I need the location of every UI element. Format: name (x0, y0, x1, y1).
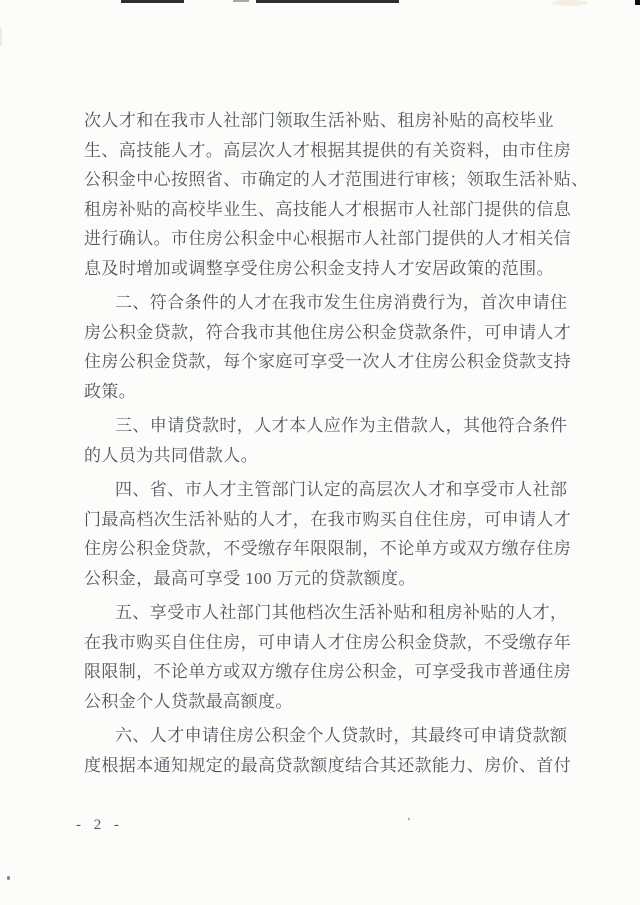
text-line: 住房公积金贷款，不受缴存年限限制，不论单方或双方缴存住房 (84, 534, 554, 564)
text-line: 公积金，最高可享受 100 万元的贷款额度。 (84, 564, 554, 594)
paragraph-item-2: 二、符合条件的人才在我市发生住房消费行为，首次申请住 房公积金贷款，符合我市其他… (84, 288, 554, 406)
text-line: 三、申请贷款时，人才本人应作为主借款人，其他符合条件 (84, 411, 554, 441)
paragraph-item-5: 五、享受市人社部门其他档次生活补贴和租房补贴的人才， 在我市购买自住住房，可申请… (84, 598, 554, 716)
paragraph-item-3: 三、申请贷款时，人才本人应作为主借款人，其他符合条件 的人员为共同借款人。 (84, 411, 554, 470)
scan-stray-mark: ’ (407, 816, 411, 828)
text-line: 租房补贴的高校毕业生、高技能人才根据市人社部门提供的信息 (84, 195, 554, 225)
text-line: 生、高技能人才。高层次人才根据其提供的有关资料，由市住房 (84, 136, 554, 166)
document-body: 次人才和在我市人社部门领取生活补贴、租房补贴的高校毕业 生、高技能人才。高层次人… (84, 106, 554, 780)
text-line: 政策。 (84, 377, 554, 407)
text-line: 进行确认。市住房公积金中心根据市人社部门提供的人才相关信 (84, 224, 554, 254)
text-line: 六、人才申请住房公积金个人贷款时，其最终可申请贷款额 (84, 721, 554, 751)
scan-smudge-artifact (552, 0, 588, 6)
text-line: 四、省、市人才主管部门认定的高层次人才和享受市人社部 (84, 475, 554, 505)
text-line: 度根据本通知规定的最高贷款额度结合其还款能力、房价、首付 (84, 751, 554, 781)
text-line: 公积金个人贷款最高额度。 (84, 687, 554, 717)
paragraph-item-4: 四、省、市人才主管部门认定的高层次人才和享受市人社部 门最高档次生活补贴的人才，… (84, 475, 554, 593)
scan-strip-artifact (233, 0, 249, 2)
text-line: 住房公积金贷款，每个家庭可享受一次人才住房公积金贷款支持 (84, 347, 554, 377)
text-line: 二、符合条件的人才在我市发生住房消费行为，首次申请住 (84, 288, 554, 318)
text-line: 门最高档次生活补贴的人才，在我市购买自住住房，可申请人才 (84, 505, 554, 535)
paragraph-item-6: 六、人才申请住房公积金个人贷款时，其最终可申请贷款额 度根据本通知规定的最高贷款… (84, 721, 554, 780)
text-line: 公积金中心按照省、市确定的人才范围进行审核；领取生活补贴、 (84, 165, 554, 195)
text-line: 息及时增加或调整享受住房公积金支持人才安居政策的范围。 (84, 254, 554, 284)
text-line: 房公积金贷款，符合我市其他住房公积金贷款条件，可申请人才 (84, 318, 554, 348)
scan-strip-artifact (256, 0, 399, 3)
text-line: 在我市购买自住住房，可申请人才住房公积金贷款，不受缴存年 (84, 628, 554, 658)
scan-edge-artifact (0, 28, 2, 46)
scanned-document-page: ’ 次人才和在我市人社部门领取生活补贴、租房补贴的高校毕业 生、高技能人才。高层… (0, 0, 640, 905)
paragraph-continuation: 次人才和在我市人社部门领取生活补贴、租房补贴的高校毕业 生、高技能人才。高层次人… (84, 106, 554, 283)
text-line: 的人员为共同借款人。 (84, 441, 554, 471)
scan-corner-artifact (635, 0, 640, 5)
text-line: 五、享受市人社部门其他档次生活补贴和租房补贴的人才， (84, 598, 554, 628)
text-line: 限限制，不论单方或双方缴存住房公积金，可享受我市普通住房 (84, 657, 554, 687)
page-number: - 2 - (76, 817, 122, 834)
text-line: 次人才和在我市人社部门领取生活补贴、租房补贴的高校毕业 (84, 106, 554, 136)
scan-strip-artifact (121, 0, 184, 3)
scan-dot-artifact (7, 876, 10, 880)
